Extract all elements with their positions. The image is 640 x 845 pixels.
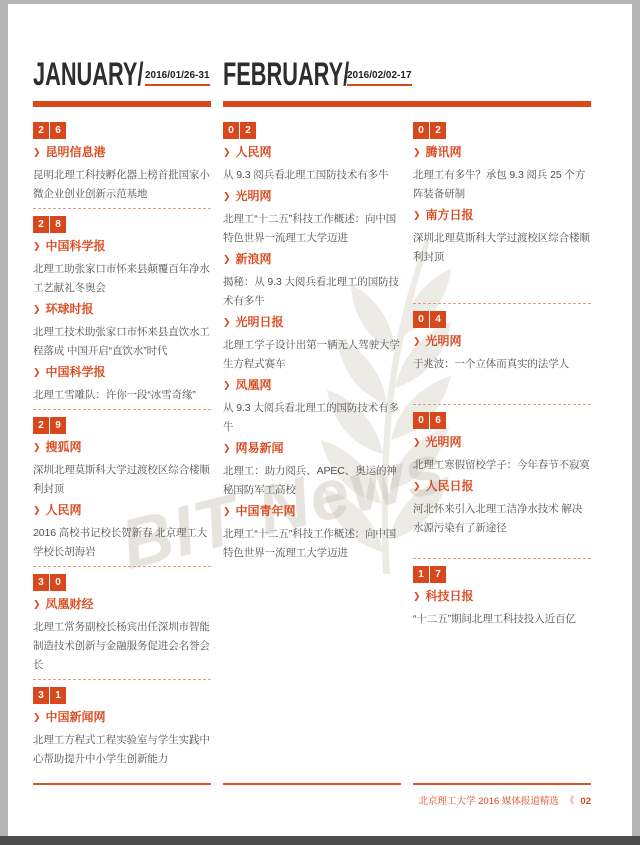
news-source-name: 中国新闻网 [46,710,106,725]
news-source-name: 人民日报 [426,479,474,494]
day-digit: 2 [33,417,49,434]
day-badge: 26 [33,122,211,139]
group-separator [413,404,591,405]
day-group: 26❯昆明信息港昆明北理工科技孵化器上榜首批国家小微企业创业创新示范基地 [33,122,211,204]
day-digit: 0 [413,311,429,328]
day-badge: 30 [33,574,211,591]
news-source-name: 光明日报 [236,315,284,330]
news-title: 北理工助张家口市怀来县颠覆百年净水工艺献礼冬奥会 [33,260,211,298]
day-group: 04❯光明网于兆波：一个立体而真实的法学人 [413,311,591,374]
news-source-name: 凤凰财经 [46,597,94,612]
day-digit: 7 [430,566,446,583]
news-source: ❯人民日报 [413,479,591,494]
news-source: ❯中国新闻网 [33,710,211,725]
day-digit: 8 [50,216,66,233]
day-digit: 2 [33,216,49,233]
news-title: 北理工“十二五”科技工作概述：向中国特色世界一流理工大学迈进 [223,525,401,563]
news-title: 北理工“十二五”科技工作概述：向中国特色世界一流理工大学迈进 [223,210,401,248]
news-title: 北理工方程式工程实验室与学生实践中心帮助提升中小学生创新能力 [33,731,211,769]
news-source: ❯南方日报 [413,208,591,223]
chevron-right-icon: ❯ [33,710,41,725]
february-accent-bar [223,101,591,107]
chevron-right-icon: ❯ [223,378,231,393]
chevron-right-icon: ❯ [33,365,41,380]
day-group: 30❯凤凰财经北理工常务副校长杨宾出任深圳市智能制造技术创新与金融服务促进会名誉… [33,574,211,675]
news-source-name: 光明网 [426,334,462,349]
news-source-name: 凤凰网 [236,378,272,393]
month-header-row: JANUARY/ 2016/01/26-31 FEBRUARY/ 2016/02… [33,56,591,107]
day-group: 31❯中国新闻网北理工方程式工程实验室与学生实践中心帮助提升中小学生创新能力 [33,687,211,769]
news-source: ❯环球时报 [33,302,211,317]
day-badge: 31 [33,687,211,704]
month-header-january: JANUARY/ 2016/01/26-31 [33,56,211,107]
chevron-right-icon: ❯ [223,504,231,519]
news-source: ❯光明网 [223,189,401,204]
news-title: 北理工技术助张家口市怀来县直饮水工程落成 中国开启“直饮水”时代 [33,323,211,361]
chevron-right-icon: ❯ [413,208,421,223]
news-source: ❯凤凰网 [223,378,401,393]
news-title: 北理工：助力阅兵、APEC、奥运的神秘国防军工高校 [223,462,401,500]
news-source-name: 中国科学报 [46,365,106,380]
day-digit: 2 [33,122,49,139]
day-digit: 0 [413,122,429,139]
news-source-name: 环球时报 [46,302,94,317]
news-source-name: 人民网 [46,503,82,518]
news-source-name: 中国青年网 [236,504,296,519]
news-source-name: 腾讯网 [426,145,462,160]
date-range-january: 2016/01/26-31 [145,70,210,86]
news-title: 北理工常务副校长杨宾出任深圳市智能制造技术创新与金融服务促进会名誉会长 [33,618,211,675]
column-february-1: 02❯人民网从 9.3 阅兵看北理工国防技术有多牛❯光明网北理工“十二五”科技工… [223,122,401,785]
day-badge: 28 [33,216,211,233]
report-page: BIT News JANUARY/ 2016/01/26-31 FEBRUARY… [8,4,632,836]
chevron-right-icon: ❯ [33,503,41,518]
news-title: 从 9.3 大阅兵看北理工的国防技术有多牛 [223,399,401,437]
chevron-right-icon: ❯ [413,435,421,450]
news-title: 于兆波：一个立体而真实的法学人 [413,355,591,374]
news-source-name: 搜狐网 [46,440,82,455]
news-title: 北理工寒假留校学子：今年春节不寂寞 [413,456,591,475]
news-columns: 26❯昆明信息港昆明北理工科技孵化器上榜首批国家小微企业创业创新示范基地28❯中… [33,122,591,785]
month-header-february: FEBRUARY/ 2016/02/02-17 [223,56,591,107]
group-separator [33,679,211,680]
column-february-2: 02❯腾讯网北理工有多牛？承包 9.3 阅兵 25 个方阵装备研制❯南方日报深圳… [413,122,591,785]
news-title: 2016 高校书记校长贺新春 北京理工大学校长胡海岩 [33,524,211,562]
day-digit: 1 [50,687,66,704]
day-group: 02❯人民网从 9.3 阅兵看北理工国防技术有多牛❯光明网北理工“十二五”科技工… [223,122,401,563]
footer-angle-mark: 《 [565,793,575,807]
day-badge: 06 [413,412,591,429]
news-source-name: 人民网 [236,145,272,160]
day-group: 06❯光明网北理工寒假留校学子：今年春节不寂寞❯人民日报河北怀来引入北理工洁净水… [413,412,591,538]
chevron-right-icon: ❯ [33,597,41,612]
day-digit: 1 [413,566,429,583]
news-source-name: 昆明信息港 [46,145,106,160]
chevron-right-icon: ❯ [413,589,421,604]
news-title: 昆明北理工科技孵化器上榜首批国家小微企业创业创新示范基地 [33,166,211,204]
group-separator [413,303,591,304]
day-digit: 0 [50,574,66,591]
column-january: 26❯昆明信息港昆明北理工科技孵化器上榜首批国家小微企业创业创新示范基地28❯中… [33,122,211,785]
news-title: 深圳北理莫斯科大学过渡校区综合楼顺利封顶 [413,229,591,267]
chevron-right-icon: ❯ [413,334,421,349]
day-group: 02❯腾讯网北理工有多牛？承包 9.3 阅兵 25 个方阵装备研制❯南方日报深圳… [413,122,591,267]
day-group: 17❯科技日报“十二五”期间北理工科技投入近百亿 [413,566,591,629]
news-source: ❯光明网 [413,334,591,349]
footer-page-number: 02 [580,796,591,807]
column-end-rule [33,783,211,785]
column-end-rule [223,783,401,785]
news-title: 从 9.3 阅兵看北理工国防技术有多牛 [223,166,401,185]
news-source: ❯中国青年网 [223,504,401,519]
news-source-name: 网易新闻 [236,441,284,456]
news-title: 北理工有多牛？承包 9.3 阅兵 25 个方阵装备研制 [413,166,591,204]
day-digit: 6 [430,412,446,429]
chevron-right-icon: ❯ [223,252,231,267]
news-source: ❯搜狐网 [33,440,211,455]
chevron-right-icon: ❯ [33,145,41,160]
news-title: 深圳北理莫斯科大学过渡校区综合楼顺利封顶 [33,461,211,499]
news-source-name: 南方日报 [426,208,474,223]
day-badge: 02 [223,122,401,139]
day-digit: 4 [430,311,446,328]
news-source: ❯人民网 [33,503,211,518]
group-separator [33,208,211,209]
news-source: ❯人民网 [223,145,401,160]
news-source: ❯昆明信息港 [33,145,211,160]
footer-label: 北京理工大学 2016 媒体报道精选 [418,793,558,807]
news-source: ❯中国科学报 [33,365,211,380]
month-name-january: JANUARY/ [33,56,143,92]
group-separator [413,558,591,559]
news-title: 北理工雪雕队：许你一段“冰雪奇缘” [33,386,211,405]
news-source-name: 光明网 [236,189,272,204]
chevron-right-icon: ❯ [33,440,41,455]
month-name-february: FEBRUARY/ [223,56,349,92]
chevron-right-icon: ❯ [413,145,421,160]
page-footer: 北京理工大学 2016 媒体报道精选 《 02 [418,793,591,807]
chevron-right-icon: ❯ [223,441,231,456]
chevron-right-icon: ❯ [33,302,41,317]
date-range-february: 2016/02/02-17 [347,70,412,86]
day-group: 28❯中国科学报北理工助张家口市怀来县颠覆百年净水工艺献礼冬奥会❯环球时报北理工… [33,216,211,405]
day-digit: 6 [50,122,66,139]
day-digit: 0 [223,122,239,139]
news-source: ❯新浪网 [223,252,401,267]
news-title: 河北怀来引入北理工洁净水技术 解决水源污染有了新途径 [413,500,591,538]
news-title: 揭秘：从 9.3 大阅兵看北理工的国防技术有多牛 [223,273,401,311]
news-source: ❯光明日报 [223,315,401,330]
news-source-name: 科技日报 [426,589,474,604]
day-digit: 3 [33,574,49,591]
news-source: ❯中国科学报 [33,239,211,254]
column-end-rule [413,783,591,785]
news-source: ❯光明网 [413,435,591,450]
day-digit: 2 [240,122,256,139]
day-digit: 0 [413,412,429,429]
group-separator [33,566,211,567]
news-source-name: 新浪网 [236,252,272,267]
bottom-dark-bar [0,836,640,845]
chevron-right-icon: ❯ [223,315,231,330]
news-source: ❯凤凰财经 [33,597,211,612]
chevron-right-icon: ❯ [413,479,421,494]
day-badge: 17 [413,566,591,583]
day-badge: 29 [33,417,211,434]
news-source-name: 中国科学报 [46,239,106,254]
day-digit: 3 [33,687,49,704]
news-source: ❯网易新闻 [223,441,401,456]
january-accent-bar [33,101,211,107]
group-separator [33,409,211,410]
day-badge: 04 [413,311,591,328]
news-title: 北理工学子设计出第一辆无人驾驶大学生方程式赛车 [223,336,401,374]
day-group: 29❯搜狐网深圳北理莫斯科大学过渡校区综合楼顺利封顶❯人民网2016 高校书记校… [33,417,211,562]
news-source: ❯科技日报 [413,589,591,604]
chevron-right-icon: ❯ [33,239,41,254]
day-digit: 2 [430,122,446,139]
chevron-right-icon: ❯ [223,145,231,160]
news-title: “十二五”期间北理工科技投入近百亿 [413,610,591,629]
day-badge: 02 [413,122,591,139]
news-source-name: 光明网 [426,435,462,450]
day-digit: 9 [50,417,66,434]
chevron-right-icon: ❯ [223,189,231,204]
news-source: ❯腾讯网 [413,145,591,160]
